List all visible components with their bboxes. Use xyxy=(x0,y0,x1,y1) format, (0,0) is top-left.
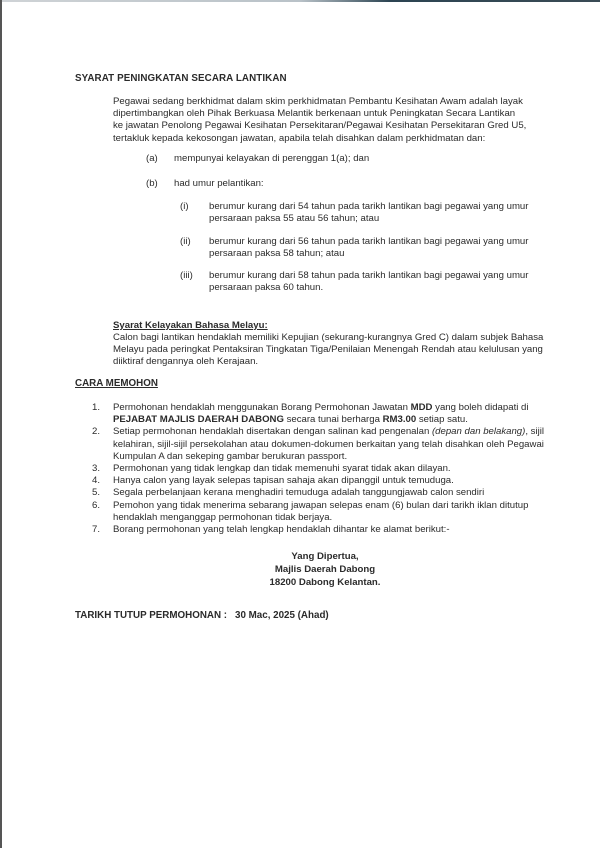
address-line: Yang Dipertua, xyxy=(250,550,400,563)
age-rule-line: persaraan paksa 60 tahun. xyxy=(209,282,544,294)
list-item-text: Permohonan hendaklah menggunakan Borang … xyxy=(113,402,529,425)
condition-b: (b)had umur pelantikan: xyxy=(146,178,264,190)
closing-date: TARIKH TUTUP PERMOHONAN :30 Mac, 2025 (A… xyxy=(75,610,329,622)
list-item-text: Borang permohonan yang telah lengkap hen… xyxy=(113,524,450,535)
intro-line: Pegawai sedang berkhidmat dalam skim per… xyxy=(113,96,545,108)
bahasa-melayu-line: diiktiraf dengannya oleh Kerajaan. xyxy=(113,356,545,368)
age-rule-iii: (iii) berumur kurang dari 58 tahun pada … xyxy=(180,270,544,294)
address-line: Majlis Daerah Dabong xyxy=(250,563,400,576)
list-number: 2. xyxy=(92,426,100,438)
list-item-text: Segala perbelanjaan kerana menghadiri te… xyxy=(113,487,484,498)
age-rule-marker: (i) xyxy=(180,201,206,213)
list-number: 3. xyxy=(92,463,100,475)
condition-a: (a)mempunyai kelayakan di perenggan 1(a)… xyxy=(146,153,369,165)
bahasa-melayu-line: Calon bagi lantikan hendaklah memiliki K… xyxy=(113,332,545,344)
condition-marker: (a) xyxy=(146,153,174,165)
address-line: 18200 Dabong Kelantan. xyxy=(250,576,400,589)
intro-paragraph: Pegawai sedang berkhidmat dalam skim per… xyxy=(113,96,545,145)
age-rule-line: berumur kurang dari 54 tahun pada tarikh… xyxy=(209,201,544,213)
list-item: 1.Permohonan hendaklah menggunakan Boran… xyxy=(92,402,547,426)
list-number: 4. xyxy=(92,475,100,487)
list-item-text: Permohonan yang tidak lengkap dan tidak … xyxy=(113,463,451,474)
list-item: 6.Pemohon yang tidak menerima sebarang j… xyxy=(92,500,547,524)
intro-line: ke jawatan Penolong Pegawai Kesihatan Pe… xyxy=(113,120,545,132)
document-page: SYARAT PENINGKATAN SECARA LANTIKAN Pegaw… xyxy=(0,0,600,848)
list-number: 5. xyxy=(92,487,100,499)
cara-memohon-title: CARA MEMOHON xyxy=(75,378,158,390)
closing-value: 30 Mac, 2025 (Ahad) xyxy=(235,610,329,621)
list-item-text: Pemohon yang tidak menerima sebarang jaw… xyxy=(113,500,528,523)
bahasa-melayu-line: Melayu pada peringkat Pentaksiran Tingka… xyxy=(113,344,545,356)
intro-line: dipertimbangkan oleh Pihak Berkuasa Mela… xyxy=(113,108,545,120)
list-number: 1. xyxy=(92,402,100,414)
age-rule-line: berumur kurang dari 56 tahun pada tarikh… xyxy=(209,236,544,248)
age-rule-line: berumur kurang dari 58 tahun pada tarikh… xyxy=(209,270,544,282)
age-rule-marker: (ii) xyxy=(180,236,206,248)
condition-text: had umur pelantikan: xyxy=(174,178,264,189)
list-item: 5.Segala perbelanjaan kerana menghadiri … xyxy=(92,487,547,499)
address-block: Yang Dipertua, Majlis Daerah Dabong 1820… xyxy=(250,550,400,589)
list-item: 4.Hanya calon yang layak selepas tapisan… xyxy=(92,475,547,487)
age-rule-ii: (ii) berumur kurang dari 56 tahun pada t… xyxy=(180,236,544,260)
list-item: 7.Borang permohonan yang telah lengkap h… xyxy=(92,524,547,536)
intro-line: tertakluk kepada kekosongan jawatan, apa… xyxy=(113,133,545,145)
bahasa-melayu-title: Syarat Kelayakan Bahasa Melayu: xyxy=(113,320,268,332)
bahasa-melayu-text: Calon bagi lantikan hendaklah memiliki K… xyxy=(113,332,545,369)
list-item: 3.Permohonan yang tidak lengkap dan tida… xyxy=(92,463,547,475)
list-item-text: Hanya calon yang layak selepas tapisan s… xyxy=(113,475,454,486)
age-rule-marker: (iii) xyxy=(180,270,206,282)
list-item-text: Setiap permohonan hendaklah disertakan d… xyxy=(113,426,544,461)
list-number: 7. xyxy=(92,524,100,536)
condition-marker: (b) xyxy=(146,178,174,190)
condition-text: mempunyai kelayakan di perenggan 1(a); d… xyxy=(174,153,369,164)
section-heading: SYARAT PENINGKATAN SECARA LANTIKAN xyxy=(75,73,287,85)
age-rule-i: (i) berumur kurang dari 54 tahun pada ta… xyxy=(180,201,544,225)
closing-label: TARIKH TUTUP PERMOHONAN : xyxy=(75,610,227,621)
list-number: 6. xyxy=(92,500,100,512)
cara-memohon-list: 1.Permohonan hendaklah menggunakan Boran… xyxy=(92,402,547,536)
list-item: 2.Setiap permohonan hendaklah disertakan… xyxy=(92,426,547,463)
age-rule-line: persaraan paksa 58 tahun; atau xyxy=(209,248,544,260)
age-rule-line: persaraan paksa 55 atau 56 tahun; atau xyxy=(209,213,544,225)
